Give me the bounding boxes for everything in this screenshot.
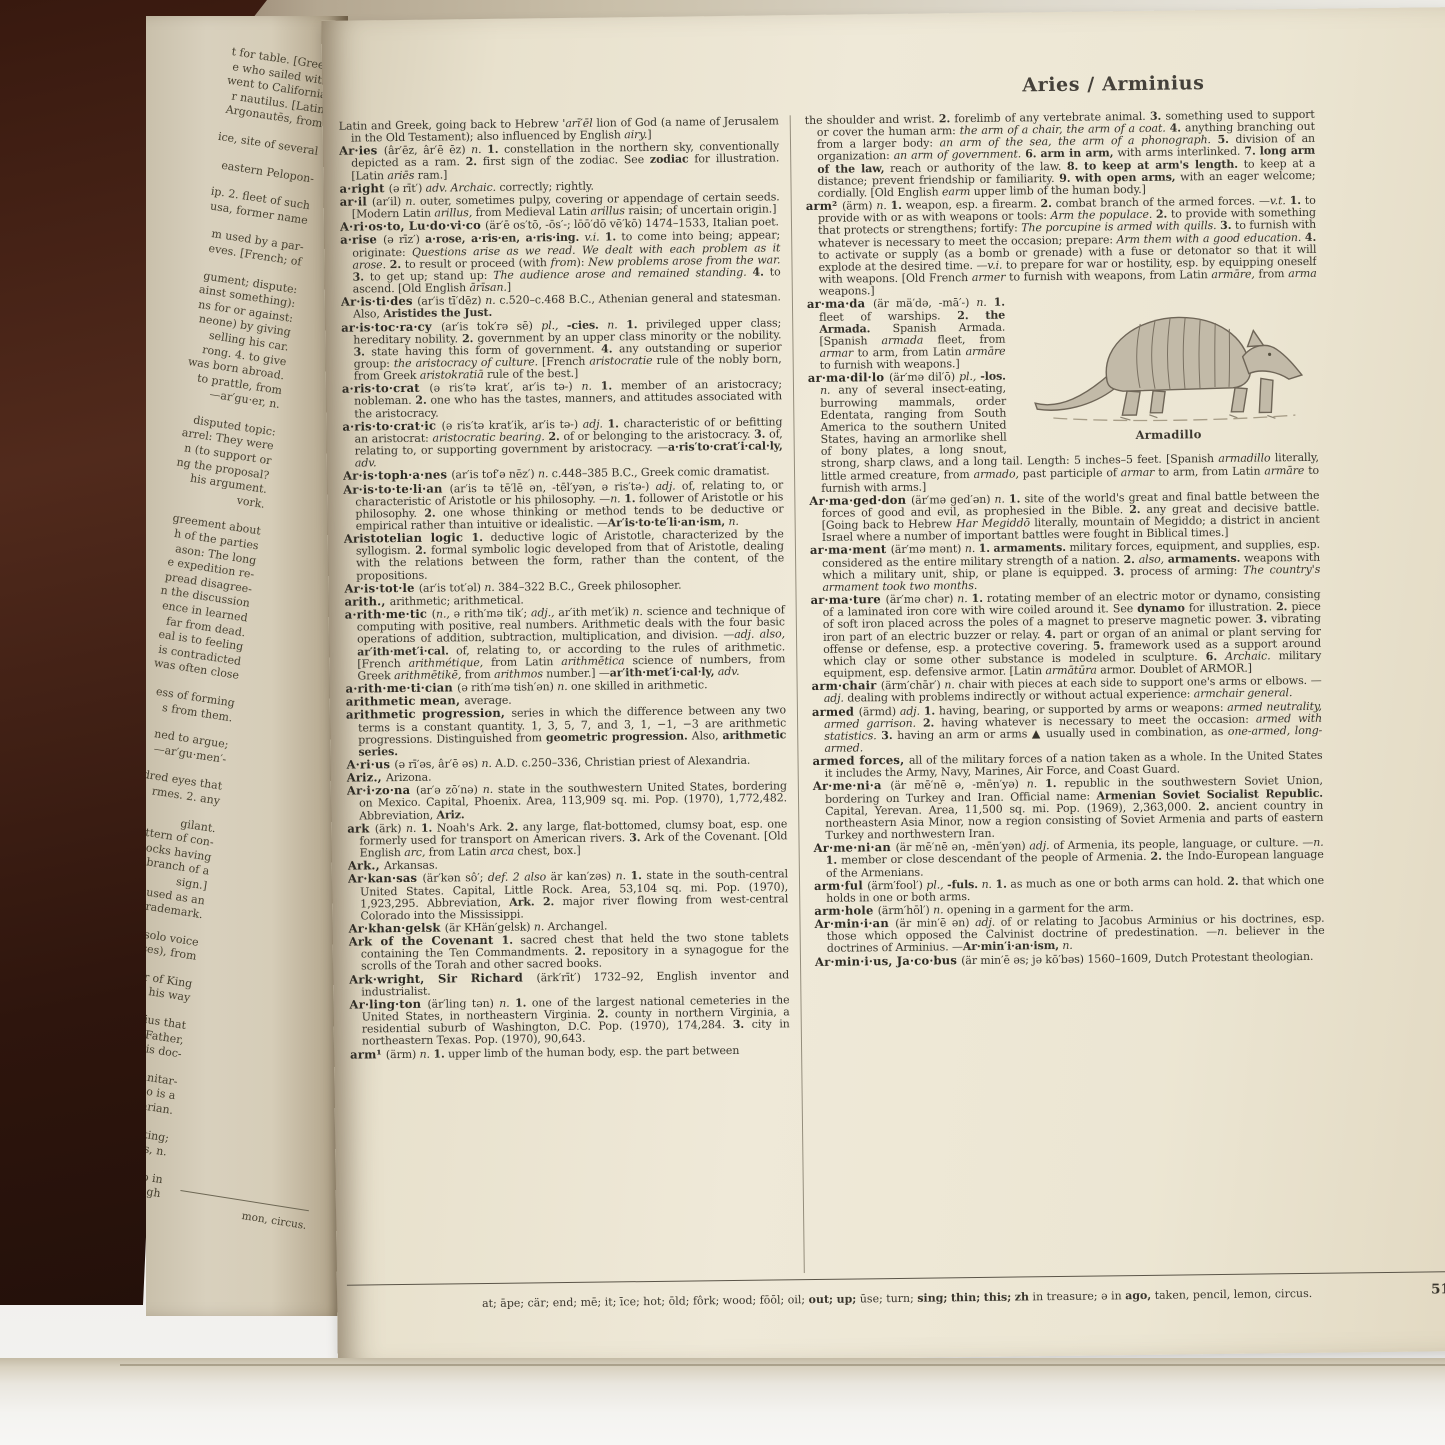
italic-text: n. xyxy=(534,920,545,933)
italic-text: armar xyxy=(819,346,853,359)
headword: arm·chair xyxy=(812,678,881,693)
bold-text: 1. xyxy=(605,231,616,244)
bold-text: 7. xyxy=(1244,145,1255,158)
entry-ar-i-zo-na: Ar·i·zo·na (ar′ə zō′nə) n. state in the … xyxy=(347,780,787,823)
bold-text: 3. xyxy=(1256,613,1267,626)
italic-text: armāre xyxy=(965,345,1005,358)
italic-text: n. xyxy=(420,1047,431,1060)
bold-text: 1. xyxy=(630,869,641,882)
italic-text: armer xyxy=(972,271,1006,284)
italic-text: airy. xyxy=(624,128,647,141)
italic-text: 'arī′ēl xyxy=(562,117,592,130)
bold-text: the Armada. xyxy=(819,308,1005,335)
bold-text: 1. xyxy=(515,996,526,1009)
bold-text: 3. xyxy=(353,270,364,283)
entry-arithmetic-progression: arithmetic progression, series in which … xyxy=(346,704,787,759)
italic-text: arma xyxy=(1288,267,1317,280)
bold-text: -fuls. xyxy=(947,878,978,891)
italic-text: n. xyxy=(1217,925,1228,938)
bold-text: 1. xyxy=(601,380,612,393)
headword: ar·ma·dil·lo xyxy=(808,370,889,385)
italic-text: armāre xyxy=(1264,463,1304,476)
italic-text: arillus xyxy=(590,204,625,217)
bold-text: -cies. xyxy=(567,318,599,331)
headword: ar·ma·ture xyxy=(811,592,886,607)
italic-text: earm xyxy=(942,185,971,198)
italic-text: n. xyxy=(965,542,976,555)
bold-text: dynamo xyxy=(1137,602,1185,616)
bold-text: 5. xyxy=(1217,133,1228,146)
entry-a-rise: a·rise (ə rīz′) a·rose, a·ris·en, a·ris·… xyxy=(340,229,781,296)
italic-text: n. xyxy=(632,605,643,618)
italic-text: ariēs xyxy=(387,168,414,181)
italic-text: n. xyxy=(933,903,944,916)
headword: ar·ma·ment xyxy=(810,542,891,557)
bold-text: sing; xyxy=(917,1291,947,1304)
italic-text: n. xyxy=(610,492,621,505)
italic-text: n., xyxy=(436,607,450,620)
page-header-guideword: Aries / Arminius xyxy=(1022,72,1204,96)
bold-text: -los. xyxy=(980,370,1006,383)
bold-text: a·ris′to·crat′i·cal·ly, xyxy=(668,439,783,453)
armadillo-illustration: Armadillo xyxy=(1017,294,1319,450)
bold-text: 3. xyxy=(1113,565,1124,578)
bold-text: 3. xyxy=(881,729,892,742)
bold-text: 4. xyxy=(601,342,612,355)
bold-text: 3. xyxy=(353,345,364,358)
headword: a·rith·me·tic xyxy=(345,607,432,622)
text-columns: Latin and Greek, going back to Hebrew 'a… xyxy=(339,109,1329,1279)
bold-text: 2. xyxy=(1156,208,1167,221)
headword: a·right xyxy=(339,181,388,196)
italic-text: n. xyxy=(981,877,992,890)
entry-ark-of-the-covenant: Ark of the Covenant 1. sacred chest that… xyxy=(349,930,789,973)
entry-a-rith-me-tic: a·rith·me·tic (n., ə rith′mə tik′; adj.,… xyxy=(345,603,786,682)
bold-text: 4. xyxy=(1170,122,1181,135)
bold-text: up; xyxy=(836,1292,856,1305)
italic-text: n. xyxy=(1027,778,1038,791)
armadillo-drawing xyxy=(1022,294,1314,430)
bold-text: 4. xyxy=(752,265,763,278)
bold-text: zh xyxy=(1015,1290,1029,1303)
book-photo: t for table. [Greeke who sailed withwent… xyxy=(0,0,1445,1445)
bold-text: out; xyxy=(808,1293,833,1306)
entry-continuation: the shoulder and wrist. 2. forelimb of a… xyxy=(805,109,1316,200)
italic-text: pl., xyxy=(541,319,558,332)
bold-text: 2. xyxy=(1123,553,1134,566)
entry-ar-ling-ton: Ar·ling·ton (är′ling tən) n. 1. one of t… xyxy=(349,993,790,1048)
bold-text: 1. xyxy=(826,854,837,867)
italic-text: adj. xyxy=(900,704,920,717)
italic-text: adj. also, xyxy=(734,628,785,642)
entry-arm: arm² (ärm) n. 1. weapon, esp. a firearm.… xyxy=(806,194,1317,298)
bold-text: 2. xyxy=(1040,197,1051,210)
italic-text: n. xyxy=(1313,836,1324,849)
bold-text: 2. xyxy=(507,820,518,833)
bold-text: 2. xyxy=(424,506,435,519)
italic-text: n. xyxy=(607,318,618,331)
italic-text: adv. Archaic. xyxy=(426,181,497,195)
bold-text: 1. xyxy=(421,821,432,834)
bold-text: 1. xyxy=(1045,777,1056,790)
headword: arm² xyxy=(806,199,842,213)
italic-text: n. xyxy=(483,783,494,796)
bold-text: 2. xyxy=(597,1008,608,1021)
bold-text: 1. xyxy=(626,318,637,331)
bold-text: 2. xyxy=(957,309,968,322)
bold-text: 3. xyxy=(754,427,765,440)
italic-text: arca xyxy=(490,845,514,858)
italic-text: n. xyxy=(876,199,887,212)
bold-text: 2. xyxy=(415,544,426,557)
bold-text: armaments. xyxy=(993,541,1066,555)
entry-ar-ies: Ar·ies (âr′ēz, âr′ē ēz) n. 1. constellat… xyxy=(339,140,779,183)
bold-text: 1. xyxy=(607,417,618,430)
bold-text: 2. xyxy=(415,394,426,407)
bold-text: 1. xyxy=(502,934,513,947)
bold-text: 1. xyxy=(487,143,498,156)
bold-text: 3. xyxy=(629,831,640,844)
headword: Ar·me·ni·a xyxy=(813,778,891,793)
dictionary-page: Aries / Arminius Latin and Greek, going … xyxy=(321,7,1445,1365)
entry-ar-me-ni-an: Ar·me·ni·an (är mē′nē ən, -mēn′yən) adj.… xyxy=(814,836,1324,880)
bold-text: 2. xyxy=(1129,503,1140,516)
italic-text: def. 2 also xyxy=(488,871,546,885)
italic-text: n. xyxy=(405,195,416,208)
bold-text: 2. xyxy=(923,716,934,729)
illustration-caption: Armadillo xyxy=(1019,427,1319,443)
headword: a·rise xyxy=(340,233,383,248)
entry-ar-min-i-an: Ar·min·i·an (är min′ē ən) adj. of or rel… xyxy=(814,912,1324,956)
entry-ar-ma-ture: ar·ma·ture (är′mə chər) n. 1. rotating m… xyxy=(811,588,1322,680)
italic-text: n. xyxy=(581,380,592,393)
headword: Ark of the Covenant xyxy=(349,933,502,949)
entry-ar-is-toc-ra-cy: ar·is·toc·ra·cy (ar′is tok′rə sē) pl., -… xyxy=(341,316,782,383)
italic-text: n. xyxy=(484,581,495,594)
bold-text: Ariz. xyxy=(436,808,464,821)
bold-text: zodiac xyxy=(650,153,689,166)
bold-text: 4. xyxy=(1044,628,1055,641)
headword: Ar·min·i·us, Ja·co·bus xyxy=(815,953,961,969)
entry-a-ris-to-crat-ic: a·ris·to·crat·ic (ə ris′tə krat′ik, ar′i… xyxy=(342,415,783,470)
italic-text: armātūra xyxy=(1045,664,1096,678)
entry-ar-is-to-te-li-an: Ar·is·to·te·li·an (ar′is tə tē′lē ən, -t… xyxy=(343,478,784,533)
bold-text: 1. xyxy=(994,296,1005,309)
bold-text: 2. xyxy=(1150,850,1161,863)
bold-text: 2. xyxy=(466,156,477,169)
italic-text: ārīsan. xyxy=(469,281,507,294)
headword: Ar·ies xyxy=(339,143,384,158)
italic-text: n. xyxy=(538,468,549,481)
headword: Ar·min·i·an xyxy=(814,916,895,931)
italic-text: aristokratiā xyxy=(420,368,484,382)
headword: Ar·ling·ton xyxy=(349,997,427,1012)
italic-text: adj. xyxy=(1029,839,1049,852)
bold-text: 2. xyxy=(462,332,473,345)
italic-text: n. xyxy=(957,592,968,605)
italic-text: an arm of government. xyxy=(894,148,1022,163)
bold-text: geometric progression. xyxy=(546,729,688,744)
headword: Aristotelian logic xyxy=(344,530,472,546)
italic-text: n. xyxy=(481,757,492,770)
bold-text: 1. xyxy=(924,704,935,717)
bold-text: 1. xyxy=(995,877,1006,890)
italic-text: adv. xyxy=(718,665,740,678)
italic-text: also, xyxy=(1139,552,1165,565)
bold-text: Armenian Soviet Socialist Republic. xyxy=(1096,786,1323,802)
bold-text: 2. xyxy=(1198,800,1209,813)
headword: A·ri·us xyxy=(346,757,394,772)
bold-text: thin; xyxy=(951,1291,980,1304)
headword: armed forces, xyxy=(812,753,909,768)
italic-text: armchair general. xyxy=(1194,686,1293,700)
bold-text: ar′ith·met′i·cal·ly, xyxy=(610,665,715,679)
italic-text: n. xyxy=(557,680,568,693)
bold-text: 1. xyxy=(1290,194,1301,207)
italic-text: v.t. xyxy=(1270,194,1286,207)
italic-text: n. xyxy=(820,384,831,397)
italic-text: n. xyxy=(1062,939,1073,952)
bold-text: ago, xyxy=(1125,1289,1151,1302)
entry-ark: ark (ärk) n. 1. Noah's Ark. 2. any large… xyxy=(347,817,787,860)
italic-text: n. xyxy=(944,678,955,691)
headword: Ar·me·ni·an xyxy=(814,840,896,855)
headword: ar·ma·da xyxy=(807,297,873,312)
italic-text: aristocratie xyxy=(589,354,652,368)
entry-aristotelian-logic: Aristotelian logic 1. deductive logic of… xyxy=(344,527,785,582)
headword: ar·is·toc·ra·cy xyxy=(341,319,441,334)
headword: arm·ful xyxy=(814,878,867,893)
headword: ark xyxy=(347,821,375,835)
bold-text: 1. xyxy=(472,531,483,544)
italic-text: aristocratic bearing. xyxy=(432,430,544,444)
page-number: 51 xyxy=(1431,1281,1445,1297)
headword: a·ris·to·crat·ic xyxy=(342,418,441,433)
entry-armed: armed (ärmd) adj. 1. having, bearing, or… xyxy=(812,699,1323,755)
bold-text: 1. xyxy=(972,592,983,605)
bold-text: 3. xyxy=(1220,219,1231,232)
entry-a-ris-to-crat: a·ris·to·crat (ə ris′tə krat′, ar′is tə-… xyxy=(342,378,782,421)
italic-text: n. xyxy=(499,997,510,1010)
italic-text: Archaic. xyxy=(1225,649,1271,663)
italic-text: armada xyxy=(881,333,923,347)
entry-ar-kan-sas: Ar·kan·sas (är′kən sô′; def. 2 also är k… xyxy=(348,868,789,923)
italic-text: adj., xyxy=(531,606,555,619)
entry-ar-ma-ment: ar·ma·ment (är′mə mənt) n. 1. armaments.… xyxy=(810,538,1321,594)
bold-text: with open arms, xyxy=(1075,170,1175,184)
bold-text: 8. xyxy=(1067,159,1078,172)
bold-text: 2. xyxy=(390,258,401,271)
italic-text: n. xyxy=(471,143,482,156)
bold-text: Ark. xyxy=(509,895,535,908)
entry-ar-me-ni-a: Ar·me·ni·a (är mē′nē ə, -mēn′yə) n. 1. r… xyxy=(813,774,1324,842)
italic-text: Arm them with a good education. xyxy=(1117,231,1302,246)
bold-text: 6. xyxy=(1206,650,1217,663)
bold-text: 2. xyxy=(548,430,559,443)
headword: Ar·kan·sas xyxy=(348,871,423,886)
italic-text: pl., xyxy=(959,370,976,383)
bold-text: 2. xyxy=(574,945,585,958)
italic-text: n. xyxy=(485,294,496,307)
left-page-key-fragment: mon, circus. xyxy=(177,1190,309,1232)
column-left: Latin and Greek, going back to Hebrew 'a… xyxy=(339,115,804,1278)
bold-text: 2. xyxy=(1227,874,1238,887)
left-page-fragments: t for table. [Greeke who sailed withwent… xyxy=(146,33,332,1202)
left-page-edge: t for table. [Greeke who sailed withwent… xyxy=(146,16,348,1316)
bold-text: 1. xyxy=(891,199,902,212)
italic-text: armāre, xyxy=(1211,268,1255,282)
italic-text: The audience arose and remained standing… xyxy=(493,266,747,282)
bold-text: armaments. xyxy=(1168,551,1241,565)
italic-text: Har Megiddō xyxy=(956,516,1030,530)
bold-text: 3. xyxy=(733,1018,744,1031)
italic-text: armar xyxy=(1121,465,1155,478)
bold-text: 1. xyxy=(433,1047,444,1060)
italic-text: adj. xyxy=(975,916,995,929)
italic-text: pl., xyxy=(926,878,943,891)
bold-text: 4. xyxy=(1305,230,1316,243)
bold-text: 2. xyxy=(543,895,554,908)
italic-text: n. xyxy=(728,515,739,528)
bold-text: 1. xyxy=(1009,492,1020,505)
pronunciation-key: at; āpe; cär; end; mē; it; īce; hot; ōld… xyxy=(427,1286,1367,1310)
entry-ar-ma-ged-don: Ar·ma·ged·don (är′mə ged′ən) n. 1. site … xyxy=(809,489,1320,545)
italic-text: adj. xyxy=(583,417,603,430)
bold-text: 2. xyxy=(1276,600,1287,613)
bold-text: this; xyxy=(984,1291,1012,1304)
book-bottom-edge xyxy=(0,1358,1445,1445)
headword: Ark·wright, Sir Richard xyxy=(349,970,536,986)
bold-text: 1. xyxy=(979,542,990,555)
bold-text: 9. xyxy=(1059,172,1070,185)
italic-text: n. xyxy=(994,492,1005,505)
bold-text: 3. xyxy=(1150,110,1161,123)
bold-text: 5. xyxy=(1093,639,1104,652)
italic-text: arc, xyxy=(404,846,425,859)
headword: arithmetic progression, xyxy=(346,706,512,722)
headword: Ar·i·zo·na xyxy=(347,783,416,798)
headword: arm¹ xyxy=(350,1047,386,1061)
headword: ar·il xyxy=(340,194,372,208)
italic-text: armadillo xyxy=(1218,452,1270,466)
column-right: the shoulder and wrist. 2. forelimb of a… xyxy=(790,109,1329,1273)
italic-text: n. xyxy=(976,296,987,309)
italic-text: n. xyxy=(616,870,627,883)
bold-text: 2. xyxy=(939,112,950,125)
bold-text: 1. xyxy=(624,492,635,505)
bold-text: Ar·min′i·an·ism, xyxy=(963,939,1059,953)
italic-text: arithmos xyxy=(494,667,543,681)
headword: Ar·is·to·te·li·an xyxy=(343,481,450,496)
headword: Ar·ma·ged·don xyxy=(809,493,911,508)
italic-text: armado, xyxy=(973,467,1018,481)
italic-text: n. xyxy=(406,822,417,835)
bold-text: 6. xyxy=(1025,148,1036,161)
italic-text: adj. xyxy=(655,479,675,492)
